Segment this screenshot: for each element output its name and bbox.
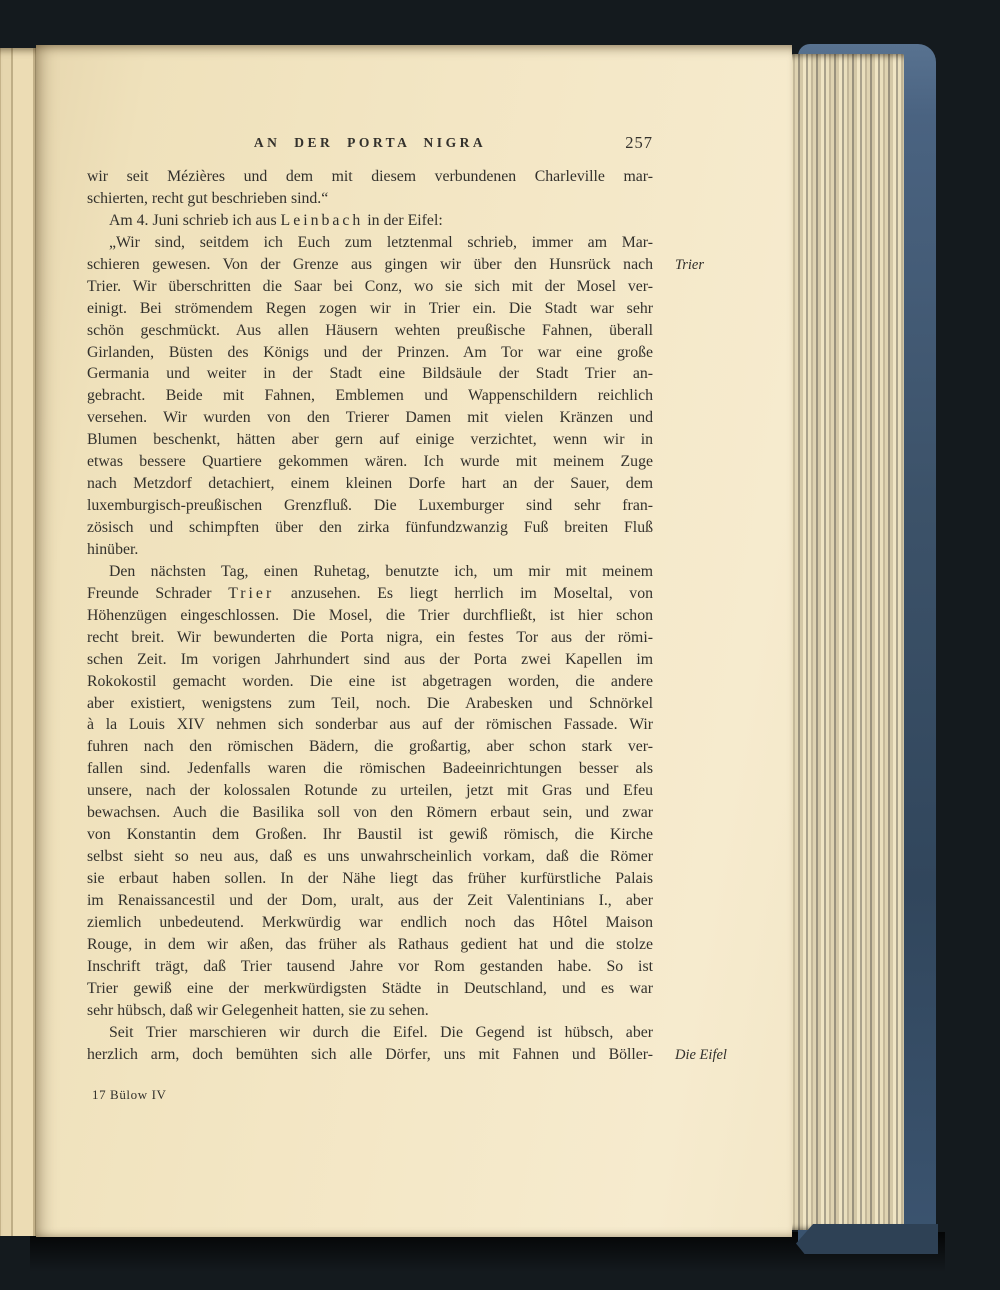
text-line: bewachsen. Auch die Basilika soll von de…: [87, 802, 653, 824]
text-line: gebracht. Beide mit Fahnen, Emblemen und…: [87, 385, 653, 407]
text-line: fuhren nach den römischen Bädern, die gr…: [87, 736, 653, 758]
text-line: wir seit Mézières und dem mit diesem ver…: [87, 166, 653, 188]
text-line: fallen sind. Jedenfalls waren die römisc…: [87, 758, 653, 780]
text-line: „Wir sind, seitdem ich Euch zum letztenm…: [87, 232, 653, 254]
signature-mark: 17 Bülow IV: [92, 1087, 167, 1103]
text-line: Den nächsten Tag, einen Ruhetag, benutzt…: [87, 561, 653, 583]
text-line: Girlanden, Büsten des Königs und der Pri…: [87, 342, 653, 364]
text-line: Germania und weiter in der Stadt eine Bi…: [87, 363, 653, 385]
text-line: schierten, recht gut beschrieben sind.“: [87, 188, 653, 210]
page-number: 257: [625, 133, 653, 153]
gutter-pages: [0, 48, 37, 1236]
text-block: wir seit Mézières und dem mit diesem ver…: [87, 166, 653, 1065]
text-line: Rokokostil gemacht worden. Die eine ist …: [87, 671, 653, 693]
text-line: schön geschmückt. Aus allen Häusern weht…: [87, 320, 653, 342]
text-line: Am 4. Juni schrieb ich aus Leinbach in d…: [87, 210, 653, 232]
text-line: einigt. Bei strömendem Regen zogen wir i…: [87, 298, 653, 320]
book-page: AN DER PORTA NIGRA 257 wir seit Mézières…: [36, 45, 792, 1237]
margin-note: Trier: [675, 255, 765, 275]
text-line: von Konstantin dem Großen. Ihr Baustil i…: [87, 824, 653, 846]
text-line: aber existiert, wenigstens zum Teil, noc…: [87, 693, 653, 715]
text-line: Inschrift trägt, daß Trier tausend Jahre…: [87, 956, 653, 978]
text-line: etwas bessere Quartiere gekommen wären. …: [87, 451, 653, 473]
text-line: versehen. Wir wurden von den Trierer Dam…: [87, 407, 653, 429]
letterspaced-word: Leinbach: [281, 212, 364, 229]
page-header: AN DER PORTA NIGRA 257: [87, 135, 653, 157]
text-line: sehr hübsch, daß wir Gelegenheit hatten,…: [87, 1000, 653, 1022]
text-line: luxemburgisch-preußischen Grenzfluß. Die…: [87, 495, 653, 517]
text-line: Trier. Wir überschritten die Saar bei Co…: [87, 276, 653, 298]
letterspaced-word: Trier: [228, 585, 274, 602]
text-line: ziemlich unbedeutend. Merkwürdig war end…: [87, 912, 653, 934]
text-line: schen Zeit. Im vorigen Jahrhundert sind …: [87, 649, 653, 671]
text-line: unsere, nach der kolossalen Rotunde zu u…: [87, 780, 653, 802]
text-line: Höhenzügen eingeschlossen. Die Mosel, di…: [87, 605, 653, 627]
text-line: Freunde Schrader Trier anzusehen. Es lie…: [87, 583, 653, 605]
text-line: recht breit. Wir bewunderten die Porta n…: [87, 627, 653, 649]
running-title: AN DER PORTA NIGRA: [87, 135, 653, 151]
text-line: Seit Trier marschieren wir durch die Eif…: [87, 1022, 653, 1044]
text-line: Blumen beschenkt, hätten aber gern auf e…: [87, 429, 653, 451]
text-line: herzlich arm, doch bemühten sich alle Dö…: [87, 1044, 653, 1066]
text-line: Rouge, in dem wir aßen, das früher als R…: [87, 934, 653, 956]
text-line: zösisch und schimpften über den zirka fü…: [87, 517, 653, 539]
text-line: Trier gewiß eine der merkwürdigsten Städ…: [87, 978, 653, 1000]
text-line: à la Louis XIV nehmen sich sonderbar aus…: [87, 714, 653, 736]
margin-note: Die Eifel: [675, 1045, 765, 1065]
text-line: schieren gewesen. Von der Grenze aus gin…: [87, 254, 653, 276]
book-cover-fold: [796, 1224, 938, 1254]
text-line: im Renaissancestil und der Dom, uralt, a…: [87, 890, 653, 912]
text-line: selbst sieht so neu aus, daß es uns unwa…: [87, 846, 653, 868]
text-line: sie erbaut haben sollen. In der Nähe lie…: [87, 868, 653, 890]
photo-background: AN DER PORTA NIGRA 257 wir seit Mézières…: [0, 0, 1000, 1290]
text-line: nach Metzdorf detachiert, einem kleinen …: [87, 473, 653, 495]
text-line: hinüber.: [87, 539, 653, 561]
page-edges: [790, 54, 904, 1230]
